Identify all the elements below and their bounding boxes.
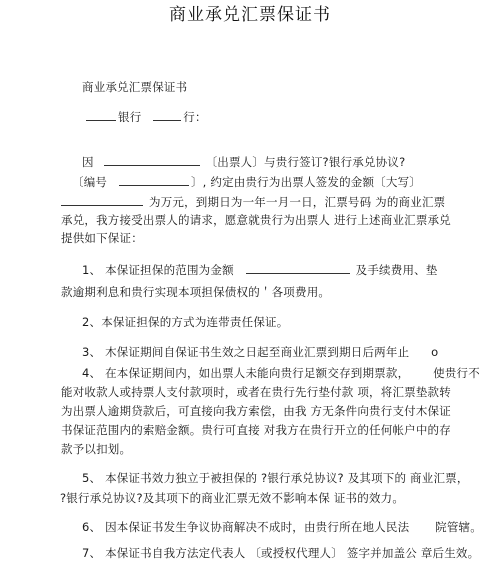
addressee-line: 银行 行： bbox=[84, 110, 207, 124]
clause-text: 3、 木保证期间自保证书生效之日起至商业汇票到期日后两年止 bbox=[82, 345, 409, 359]
clause-4-cont-2: 为出票人逾期贷款后，可直接向我方索偿，由我 方无条件向贵行支付木保证 bbox=[61, 404, 451, 418]
document-title: 商业承兑汇票保证书 bbox=[0, 4, 500, 26]
intro-text: 〔出票人〕与贵行签订?银行承兑协议? bbox=[206, 155, 406, 169]
agreement-number-blank bbox=[119, 175, 189, 186]
clause-6: 6、 因本保证书发生争议协商解决不成时，由贵行所在地人民法 院管辖。 bbox=[82, 520, 482, 534]
drawer-blank bbox=[104, 155, 200, 166]
amount-blank bbox=[61, 195, 143, 206]
clause-text: 院管辖。 bbox=[435, 520, 482, 534]
clause-text: 及手续费用、垫 bbox=[356, 263, 438, 277]
clause-text: 1、 本保证担保的范围为金额 bbox=[82, 263, 234, 277]
clause-4-cont-1: 能对收款人或持票人支付款项时，或者在贵行先行垫付款 项，将汇票垫款转 bbox=[61, 385, 451, 399]
clause-text: 6、 因本保证书发生争议协商解决不成时，由贵行所在地人民法 bbox=[82, 520, 409, 534]
clause-text: 使贵行不 bbox=[433, 366, 480, 380]
clause-7: 7、 本保证书自我方法定代表人 〔或授权代理人〕 签字并加盖公 章后生效。 bbox=[82, 546, 479, 560]
clause-3: 3、 木保证期间自保证书生效之日起至商业汇票到期日后两年止 o bbox=[82, 345, 438, 359]
intro-text: 〕, 约定由贵行为出票人签发的金额〔大写〕 bbox=[191, 175, 421, 189]
clause-5-cont: ?银行承兑协议?及其项下的商业汇票无效不影响本保 证书的效力。 bbox=[60, 491, 404, 505]
intro-text: 为万元，到期日为一年一月一日，汇票号码 为的商业汇票 bbox=[149, 195, 445, 209]
intro-line-5: 提供如下保证： bbox=[61, 231, 143, 245]
clause-4-cont-3: 书保证范围内的索赔金额。贵行可直接 对我方在贵行开立的任何帐户中的存 bbox=[61, 423, 451, 437]
branch-label: 行： bbox=[183, 110, 206, 124]
clause-1: 1、 本保证担保的范围为金额 及手续费用、垫 bbox=[82, 263, 438, 277]
bank-name-blank bbox=[86, 110, 116, 121]
clause-2: 2、本保证担保的方式为连带责任保证。 bbox=[82, 315, 288, 329]
clause-1-cont: 款逾期利息和贵行实现本项担保债权的＇各项费用。 bbox=[61, 285, 330, 299]
clause-4-cont-4: 款予以扣划。 bbox=[61, 442, 131, 456]
clause-5: 5、 本保证书效力独立于被担保的 ?银行承兑协议? 及其项下的 商业汇票， bbox=[82, 471, 469, 485]
clause-text: 4、 在本保证期间内，如出票人未能向贵行足额交存到期票款， bbox=[82, 366, 409, 380]
intro-line-2: 〔编号 〕, 约定由贵行为出票人签发的金额〔大写〕 bbox=[72, 175, 421, 189]
intro-text: 〔编号 bbox=[72, 175, 107, 189]
intro-line-1: 因 〔出票人〕与贵行签订?银行承兑协议? bbox=[82, 155, 405, 169]
intro-text: 因 bbox=[82, 155, 94, 169]
intro-line-3: 为万元，到期日为一年一月一日，汇票号码 为的商业汇票 bbox=[61, 195, 445, 209]
intro-line-4: 承兑，我方接受出票人的请求，愿意就贵行为出票人 进行上述商业汇票承兑 bbox=[61, 213, 451, 227]
clause-4: 4、 在本保证期间内，如出票人未能向贵行足额交存到期票款， 使贵行不 bbox=[82, 366, 480, 380]
branch-name-blank bbox=[153, 110, 181, 121]
bank-label: 银行 bbox=[118, 110, 141, 124]
clause-text: o bbox=[431, 345, 438, 359]
document-subtitle: 商业承兑汇票保证书 bbox=[82, 80, 187, 94]
guarantee-amount-blank bbox=[246, 263, 350, 274]
